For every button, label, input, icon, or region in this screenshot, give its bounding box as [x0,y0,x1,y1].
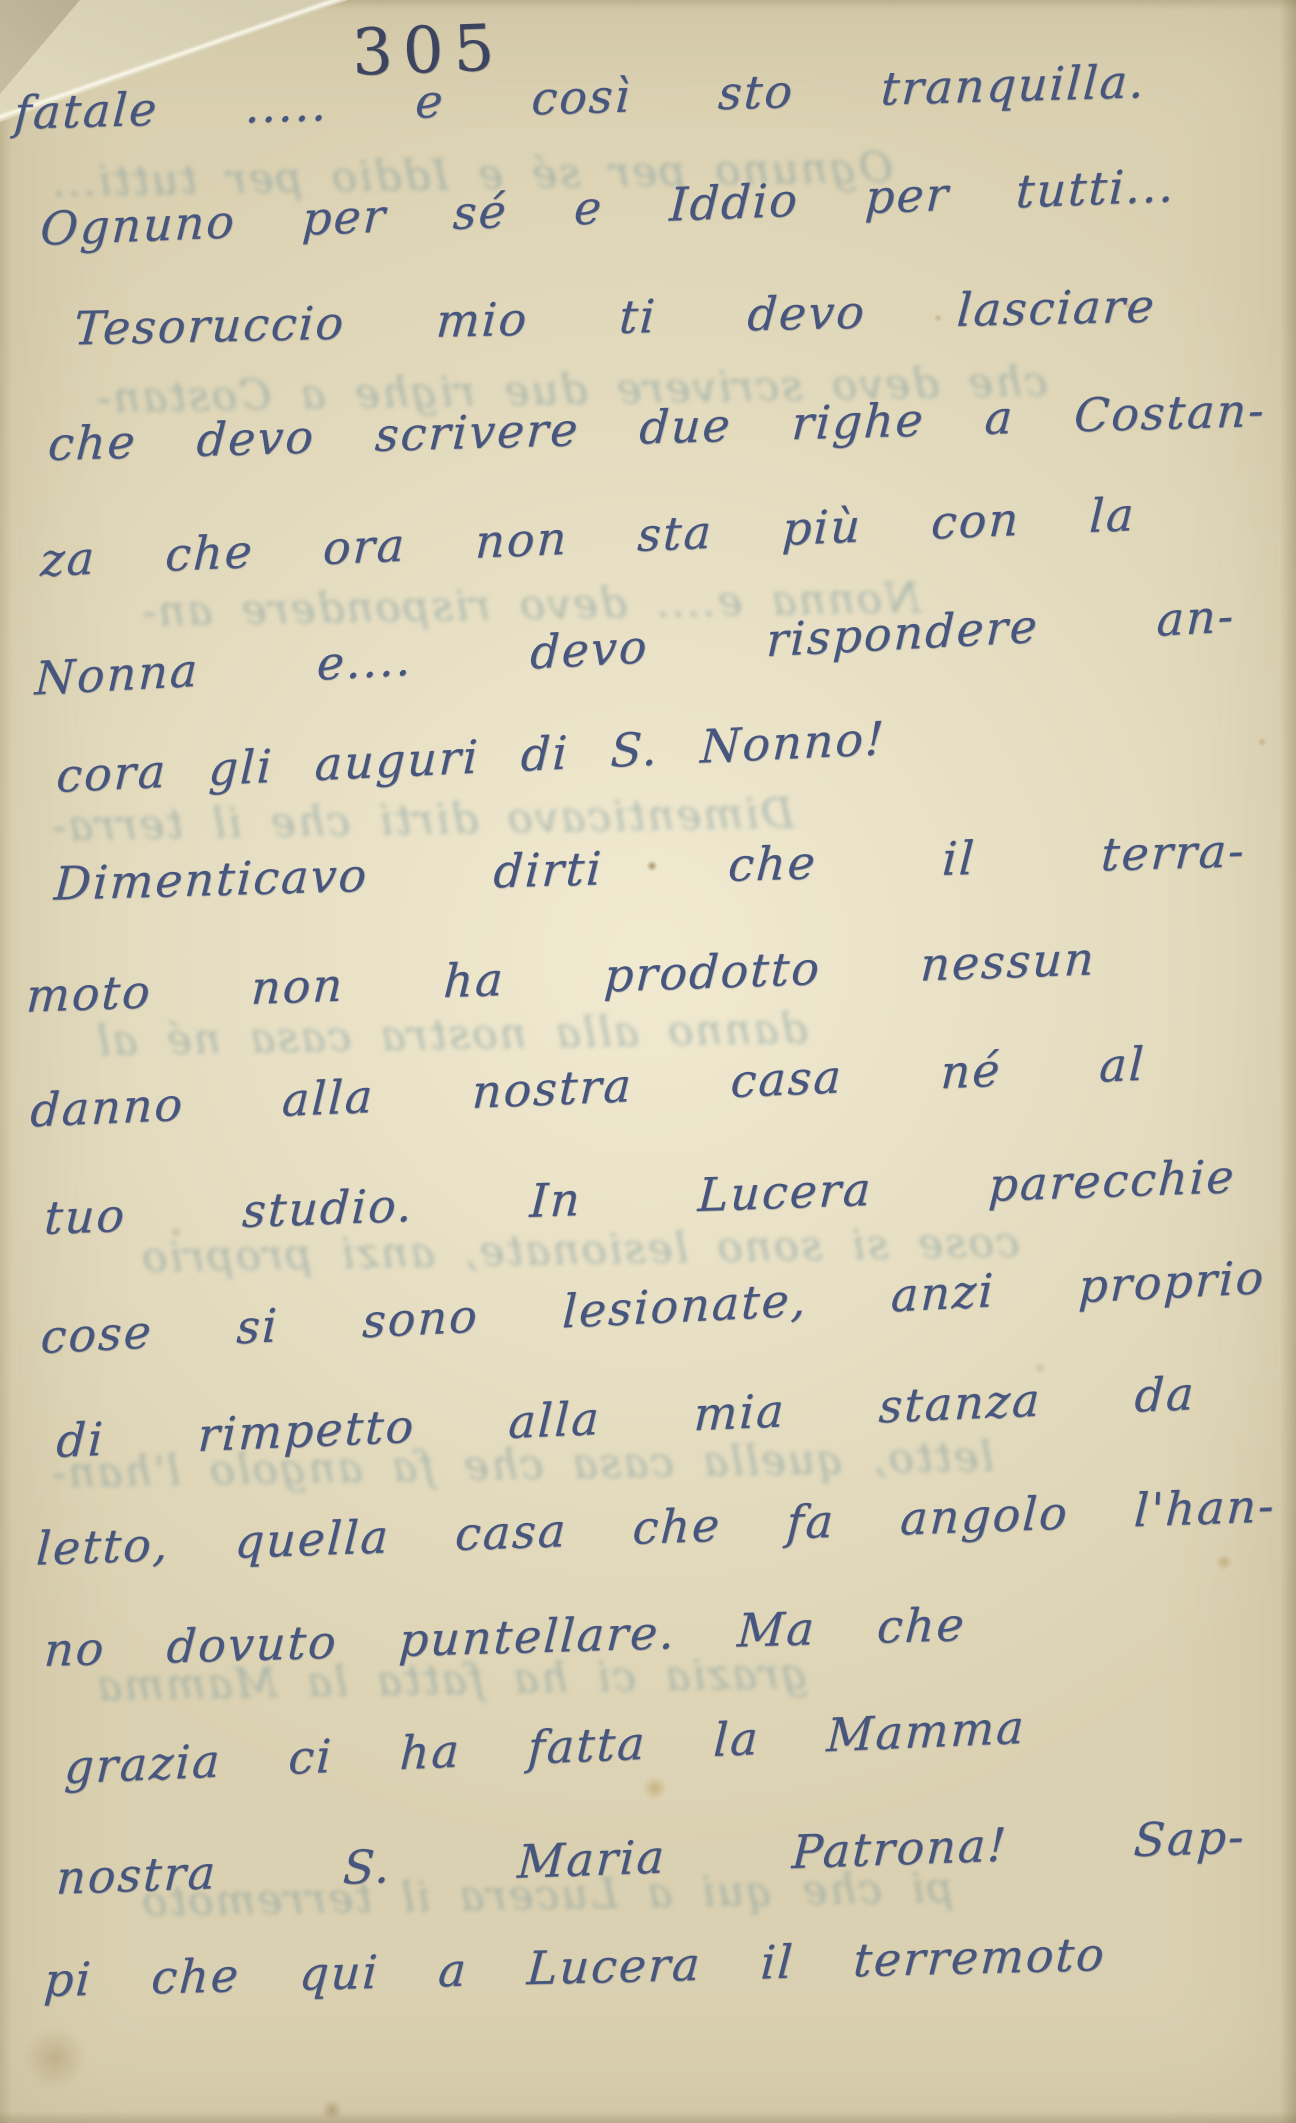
letter-line-17: nostra S. Maria Patrona! Sap- [55,1809,1247,1905]
letter-line-3: Tesoruccio mio ti devo lasciare [72,279,1157,356]
letter-line-7: cora gli auguri di S. Nonno! [55,711,886,803]
letter-line-10: danno alla nostra casa né al [29,1037,1146,1138]
letter-line-12: cose si sono lesionate, anzi proprio [40,1250,1267,1364]
letter-body: fatale ..... e così sto tranquilla.Ognun… [0,0,1296,2123]
letter-line-8: Dimenticavo dirti che il terra- [53,823,1248,910]
letter-line-9: moto non ha prodotto nessun [25,931,1097,1022]
letter-line-6: Nonna e.... devo rispondere an- [34,588,1236,705]
letter-line-15: no dovuto puntellare. Ma che [43,1597,968,1677]
letter-line-11: tuo studio. In Lucera parecchie [43,1149,1237,1245]
letter-line-2: Ognuno per sé e Iddio per tutti... [39,158,1177,256]
letter-line-14: letto, quella casa che fa angolo l'han- [35,1478,1277,1575]
letter-page: Ognuno per sé e Iddio per tutti...che de… [0,0,1296,2123]
letter-line-13: di rimpetto alla mia stanza da [55,1366,1196,1468]
letter-line-4: che devo scrivere due righe a Costan- [47,383,1268,471]
letter-line-5: za che ora non sta più con la [39,487,1136,587]
letter-line-18: pi che qui a Lucera il terremoto [42,1927,1107,2007]
letter-line-16: grazia ci ha fatta la Mamma [63,1700,1027,1794]
letter-line-1: fatale ..... e così sto tranquilla. [13,54,1148,140]
